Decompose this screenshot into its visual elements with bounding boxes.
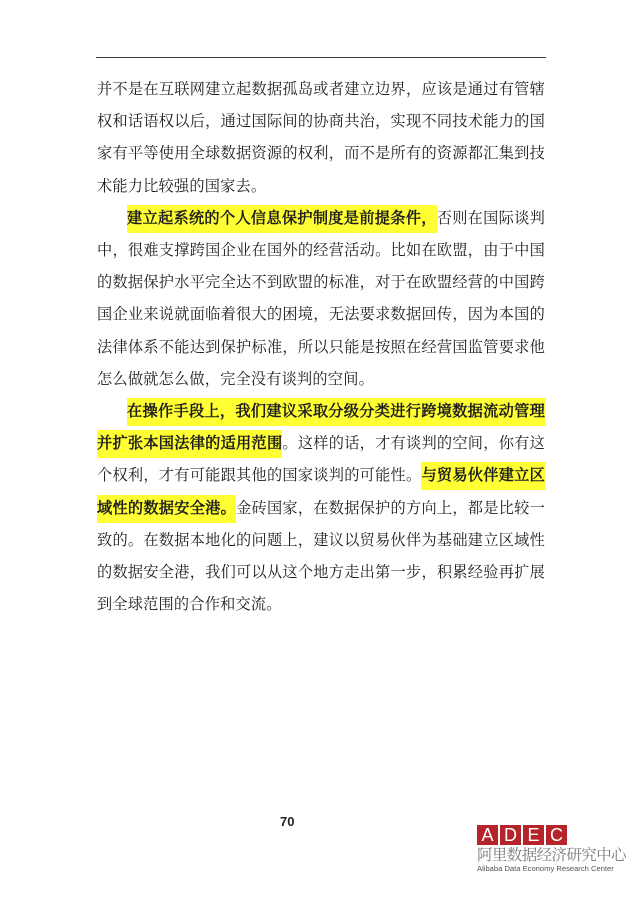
document-body: 并不是在互联网建立起数据孤岛或者建立边界，应该是通过有管辖权和话语权以后，通过国… xyxy=(97,73,545,620)
logo-chinese-name: 阿里数据经济研究中心 xyxy=(477,846,627,864)
highlighted-text: 建立起系统的个人信息保护制度是前提条件， xyxy=(127,205,437,233)
paragraph-3: 在操作手段上，我们建议采取分级分类进行跨境数据流动管理并扩张本国法律的适用范围。… xyxy=(97,395,545,620)
logo-letter: E xyxy=(523,825,544,845)
adec-logo: A D E C 阿里数据经济研究中心 Alibaba Data Economy … xyxy=(477,825,627,874)
logo-letter-boxes: A D E C xyxy=(477,825,627,845)
paragraph-1: 并不是在互联网建立起数据孤岛或者建立边界，应该是通过有管辖权和话语权以后，通过国… xyxy=(97,73,545,202)
logo-letter: C xyxy=(546,825,567,845)
paragraph-2: 建立起系统的个人信息保护制度是前提条件，否则在国际谈判中，很难支撑跨国企业在国外… xyxy=(97,202,545,395)
header-rule xyxy=(96,57,546,58)
page-number: 70 xyxy=(280,814,310,829)
logo-english-name: Alibaba Data Economy Research Center xyxy=(477,864,627,874)
logo-letter: A xyxy=(477,825,498,845)
paragraph-text: 否则在国际谈判中，很难支撑跨国企业在国外的经营活动。比如在欧盟，由于中国的数据保… xyxy=(97,209,545,388)
paragraph-text: 并不是在互联网建立起数据孤岛或者建立边界，应该是通过有管辖权和话语权以后，通过国… xyxy=(97,80,545,195)
logo-letter: D xyxy=(500,825,521,845)
